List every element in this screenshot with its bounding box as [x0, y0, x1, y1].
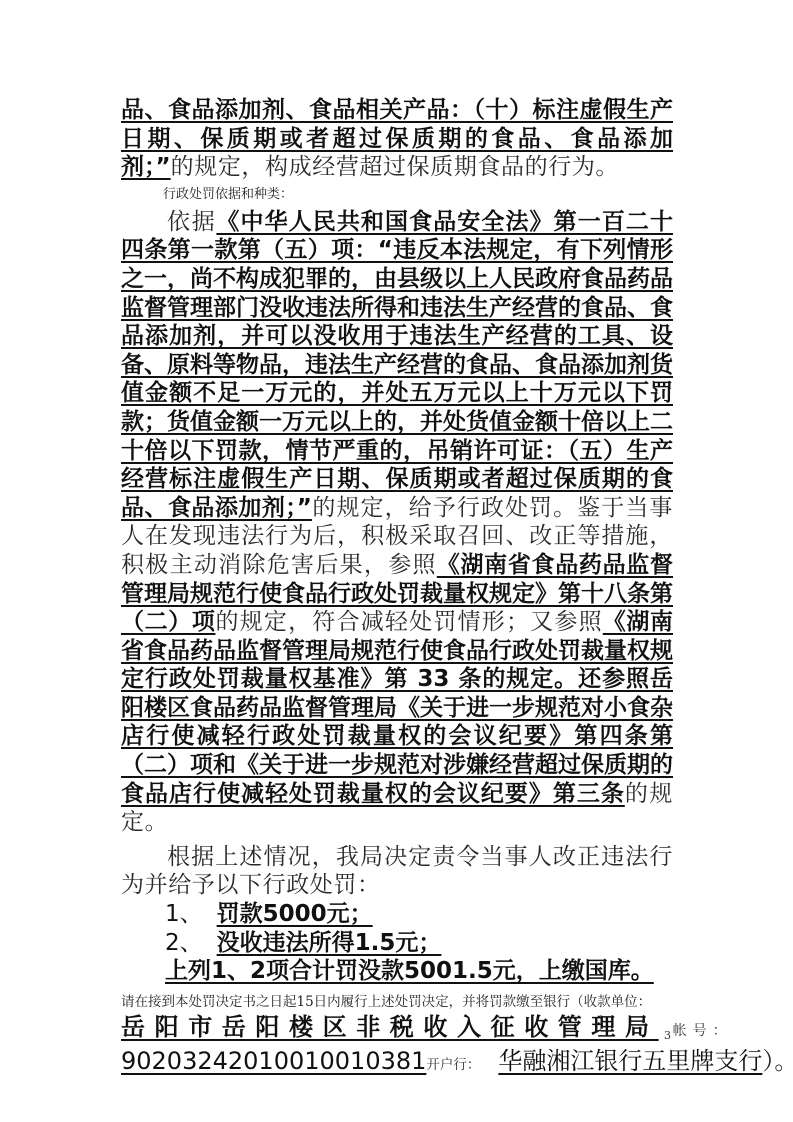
- paragraph-lead: 依据: [167, 209, 216, 235]
- bank-label: 开户行：: [426, 1057, 480, 1073]
- paragraph-penalty-basis: 依据《中华人民共和国食品安全法》第一百二十四条第一款第（五）项：“违反本法规定，…: [121, 208, 673, 837]
- bank-name: 华融湘江银行五里牌支行: [498, 1047, 762, 1075]
- account-label: 帐号：: [673, 1023, 733, 1039]
- penalty-text: 没收违法所得1.5元；: [217, 930, 442, 956]
- section-heading-penalty-basis: 行政处罚依据和种类：: [163, 186, 673, 204]
- paragraph-text: 的规定，构成经营超过保质期食品的行为。: [171, 154, 619, 180]
- law-citation-food-safety-law: 《中华人民共和国食品安全法》第一百二十四条第一款第（五）项：“违反本法规定，有下…: [121, 209, 673, 521]
- document-page: 品、食品添加剂、食品相关产品：（十）标注虚假生产日期、保质期或者超过保质期的食品…: [0, 0, 793, 1122]
- penalty-text: 罚款5000元；: [217, 901, 373, 927]
- closing-punctuation: ）。: [762, 1047, 793, 1075]
- penalty-total: 上列1、2项合计罚没款5001.5元，上缴国库。: [121, 957, 673, 986]
- penalty-number: 2、: [165, 930, 203, 956]
- law-citation-discretion-benchmarks: 《湖南省食品药品监督管理局规范行使食品行政处罚裁量权规定行政处罚裁量权基准》第 …: [121, 609, 673, 807]
- payee-line: 岳阳市岳阳楼区非税收入征收管理局帐号：: [121, 1012, 673, 1046]
- penalty-item: 1、罚款5000元；: [121, 900, 673, 929]
- paragraph-text: 的规定，符合减轻处罚情形；又参照: [215, 609, 602, 635]
- paragraph-violation-conclusion: 品、食品添加剂、食品相关产品：（十）标注虚假生产日期、保质期或者超过保质期的食品…: [121, 96, 673, 182]
- account-number: 90203242010010010381: [121, 1047, 426, 1075]
- payment-notice: 请在接到本处罚决定书之日起15日内履行上述处罚决定，并将罚款缴至银行（收款单位：: [121, 992, 673, 1012]
- document-body: 品、食品添加剂、食品相关产品：（十）标注虚假生产日期、保质期或者超过保质期的食品…: [121, 96, 673, 1080]
- penalty-number: 1、: [165, 901, 203, 927]
- penalty-item: 2、没收违法所得1.5元；: [121, 929, 673, 958]
- bank-line: 90203242010010010381开户行：华融湘江银行五里牌支行）。: [121, 1046, 673, 1080]
- penalty-total-text: 上列1、2项合计罚没款5001.5元，上缴国库。: [165, 958, 654, 984]
- paragraph-decision: 根据上述情况，我局决定责令当事人改正违法行为并给予以下行政处罚：: [121, 843, 673, 900]
- page-number: 3: [664, 1029, 671, 1042]
- payee-name: 岳阳市岳阳楼区非税收入征收管理局: [121, 1013, 659, 1041]
